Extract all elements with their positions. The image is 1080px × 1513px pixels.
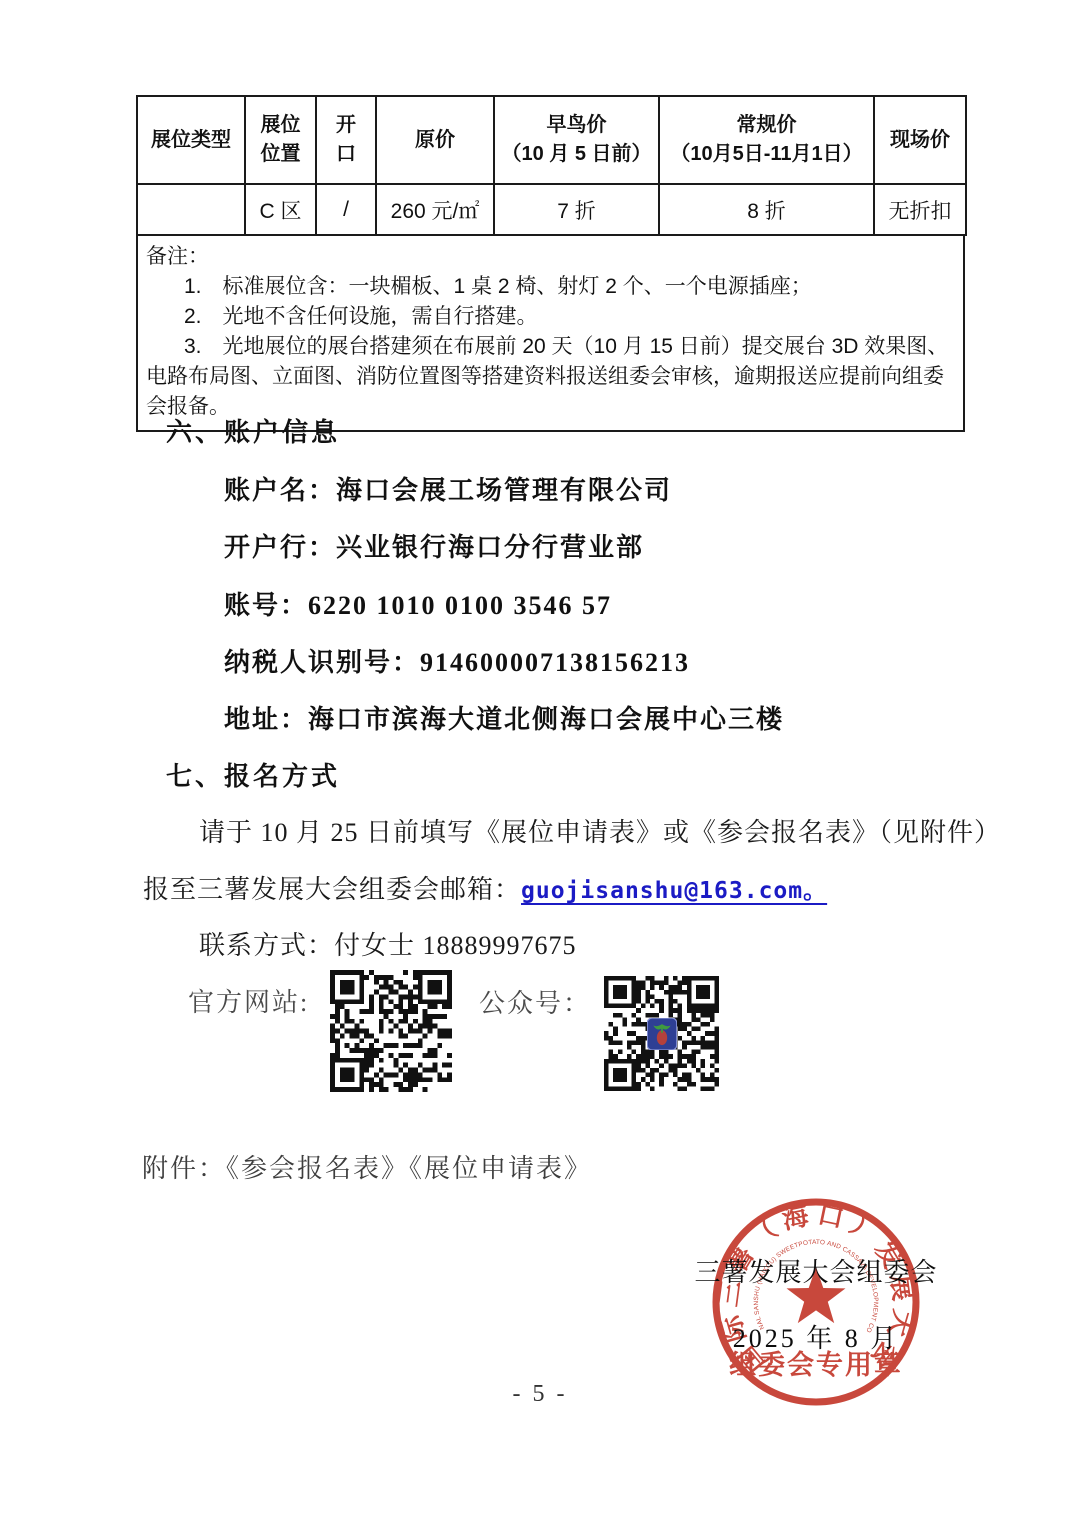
cell-booth-location: C 区 (245, 184, 316, 235)
account-line-name: 账户名：海口会展工场管理有限公司 (224, 470, 672, 507)
header-opening: 开 口 (316, 96, 376, 184)
cell-original-price: 260 元/㎡ (376, 184, 494, 235)
wechat-qr-code (604, 976, 719, 1091)
table-row: C 区 / 260 元/㎡ 7 折 8 折 无折扣 (137, 184, 966, 235)
header-early-bird-price: 早鸟价 （10 月 5 日前） (494, 96, 659, 184)
cell-onsite-price: 无折扣 (874, 184, 966, 235)
contact-line: 联系方式：付女士 18889997675 (199, 925, 577, 962)
table-header-row: 展位类型 展位 位置 开 口 原价 早鸟价 （10 月 5 日前） 常规价 （1… (137, 96, 966, 184)
website-label: 官方网站: (188, 982, 309, 1019)
seal-overlay-committee: 三薯发展大会组委会 (666, 1252, 966, 1289)
signup-email-line: 报至三薯发展大会组委会邮箱：guojisanshu@163.com。 (143, 869, 827, 906)
account-line-bank: 开户行：兴业银行海口分行营业部 (224, 527, 644, 564)
cell-regular-price: 8 折 (659, 184, 874, 235)
wechat-label: 公众号： (479, 983, 591, 1020)
website-qr-code (330, 970, 452, 1092)
booth-price-table: 展位类型 展位 位置 开 口 原价 早鸟价 （10 月 5 日前） 常规价 （1… (136, 95, 967, 236)
section-title-signup: 七、报名方式 (166, 756, 340, 793)
notes-title: 备注： (146, 242, 955, 272)
document-page: 展位类型 展位 位置 开 口 原价 早鸟价 （10 月 5 日前） 常规价 （1… (0, 0, 1080, 1513)
header-booth-location: 展位 位置 (245, 96, 316, 184)
header-regular-price: 常规价 （10月5日-11月1日） (659, 96, 874, 184)
header-onsite-price: 现场价 (874, 96, 966, 184)
notes-item: 2. 光地不含任何设施，需自行搭建。 (146, 302, 955, 332)
qr-center-logo (647, 1018, 677, 1050)
booth-price-section: 展位类型 展位 位置 开 口 原价 早鸟价 （10 月 5 日前） 常规价 （1… (136, 95, 965, 432)
signup-deadline-text: 请于 10 月 25 日前填写《展位申请表》或《参会报名表》（见附件） (199, 812, 1001, 849)
notes-item: 1. 标准展位含：一块楣板、1 桌 2 椅、射灯 2 个、一个电源插座； (146, 272, 955, 302)
section-title-account: 六、账户信息 (166, 412, 340, 449)
email-link[interactable]: guojisanshu@163.com。 (521, 878, 827, 904)
notes-item: 3. 光地展位的展台搭建须在布展前 20 天（10 月 15 日前）提交展台 3… (146, 332, 955, 422)
account-line-taxid: 纳税人识别号：914600007138156213 (224, 642, 690, 679)
account-line-number: 账号：6220 1010 0100 3546 57 (224, 585, 612, 622)
attachment-line: 附件：《参会报名表》《展位申请表》 (142, 1148, 592, 1185)
cell-early-bird-price: 7 折 (494, 184, 659, 235)
header-booth-type: 展位类型 (137, 96, 245, 184)
account-line-address: 地址：海口市滨海大道北侧海口会展中心三楼 (224, 699, 784, 736)
seal-overlay-date: 2025 年 8 月 (666, 1318, 966, 1355)
cell-opening: / (316, 184, 376, 235)
page-number: - 5 - (0, 1381, 1080, 1408)
signup-email-prefix: 报至三薯发展大会组委会邮箱： (143, 875, 521, 904)
cell-booth-type (137, 184, 245, 235)
header-original-price: 原价 (376, 96, 494, 184)
notes-box: 备注： 1. 标准展位含：一块楣板、1 桌 2 椅、射灯 2 个、一个电源插座；… (136, 236, 965, 432)
